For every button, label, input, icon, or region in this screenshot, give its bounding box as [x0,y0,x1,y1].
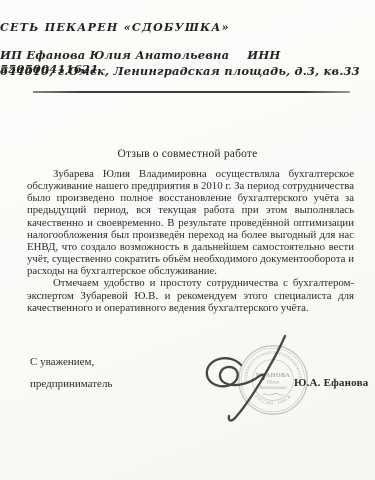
company-name: СЕТЬ ПЕКАРЕН «СДОБУШКА» [0,21,375,34]
proprietor-name: ИП Ефанова Юлия Анатольевна [0,48,229,62]
paragraph-1: Зубарева Юлия Владимировна осуществляла … [27,168,354,277]
handwritten-signature [194,331,296,426]
paragraph-2: Отмечаем удобство и простоту сотрудничес… [27,277,354,313]
header-divider [33,91,350,93]
closing-position: предприниматель [30,378,112,390]
letter-body: Зубарева Юлия Владимировна осуществляла … [27,168,354,314]
address-line: 644010, г.Омск, Ленинградская площадь, д… [0,64,375,78]
signee-name: Ю.А. Ефанова [294,377,368,389]
closing-regards: С уважением, [30,356,94,368]
signature-loop-stroke [207,358,264,386]
letter-page: СЕТЬ ПЕКАРЕН «СДОБУШКА» ИП Ефанова Юлия … [0,0,375,480]
letter-title: Отзыв о совместной работе [0,148,375,160]
